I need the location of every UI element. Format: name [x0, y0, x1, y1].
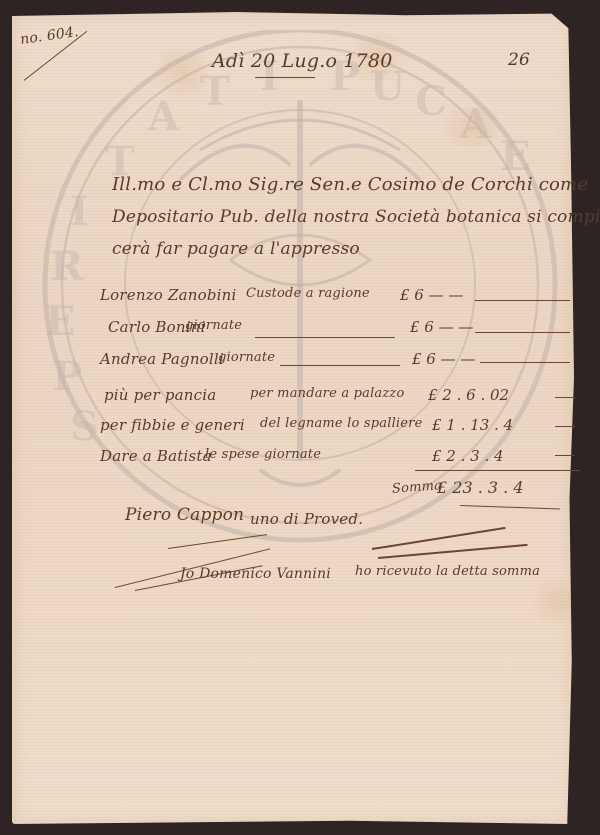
svg-text:I: I: [70, 188, 89, 235]
svg-text:A: A: [459, 101, 492, 148]
date-underline: [255, 77, 315, 78]
payment-note: Custode a ragione: [246, 286, 370, 301]
payment-amount: £ 6 — —: [412, 350, 475, 368]
payment-payee: più per pancia: [104, 386, 216, 404]
svg-text:E: E: [500, 133, 531, 180]
body-line-2: Depositario Pub. della nostra Società bo…: [112, 207, 600, 227]
payment-dash: [255, 337, 395, 338]
page-number: 26: [508, 50, 530, 70]
payment-dash: [475, 300, 570, 301]
payment-dash: [480, 362, 570, 363]
total-rule: [415, 470, 580, 471]
payment-amount: £ 1 . 13 . 4: [432, 416, 513, 434]
payment-dash: [280, 365, 400, 366]
total-amount: £ 23 . 3 . 4: [437, 478, 524, 497]
payment-dash: [475, 332, 570, 333]
svg-text:T: T: [200, 68, 230, 115]
payment-note: giornate: [218, 350, 275, 365]
payment-amount: £ 2 . 3 . 4: [432, 447, 504, 465]
payment-dash: [555, 397, 575, 398]
body-line-1: Ill.mo e Cl.mo Sig.re Sen.e Cosimo de Co…: [112, 174, 588, 195]
svg-text:S: S: [70, 403, 99, 450]
signature-role: ho ricevuto la detta somma: [355, 564, 540, 579]
svg-text:R: R: [50, 243, 84, 290]
signature-name: Jo Domenico Vannini: [180, 566, 331, 582]
svg-text:P: P: [52, 353, 82, 400]
payment-payee: per fibbie e generi: [100, 416, 245, 434]
payment-note: per mandare a palazzo: [250, 386, 405, 401]
payment-payee: Dare a Batista: [100, 447, 212, 465]
svg-text:C: C: [415, 78, 447, 125]
payment-payee: Lorenzo Zanobini: [100, 286, 237, 304]
body-line-3: cerà far pagare a l'appresso: [112, 239, 360, 259]
svg-text:E: E: [45, 298, 76, 345]
payment-note: le spese giornate: [205, 447, 321, 462]
date-line: Adì 20 Lug.o 1780: [212, 50, 393, 72]
payment-amount: £ 6 — —: [410, 318, 473, 336]
svg-text:A: A: [147, 93, 180, 140]
payment-note: del legname lo spalliere: [260, 416, 423, 431]
payment-amount: £ 6 — —: [400, 286, 463, 304]
payment-payee: Andrea Pagnolli: [100, 350, 224, 368]
payment-note: giornate: [185, 318, 242, 333]
signature-name: Piero Cappon: [125, 505, 244, 525]
signature-role: uno di Proved.: [250, 510, 363, 528]
payment-dash: [555, 426, 575, 427]
payment-amount: £ 2 . 6 . 02: [428, 386, 509, 404]
payment-dash: [555, 455, 575, 456]
